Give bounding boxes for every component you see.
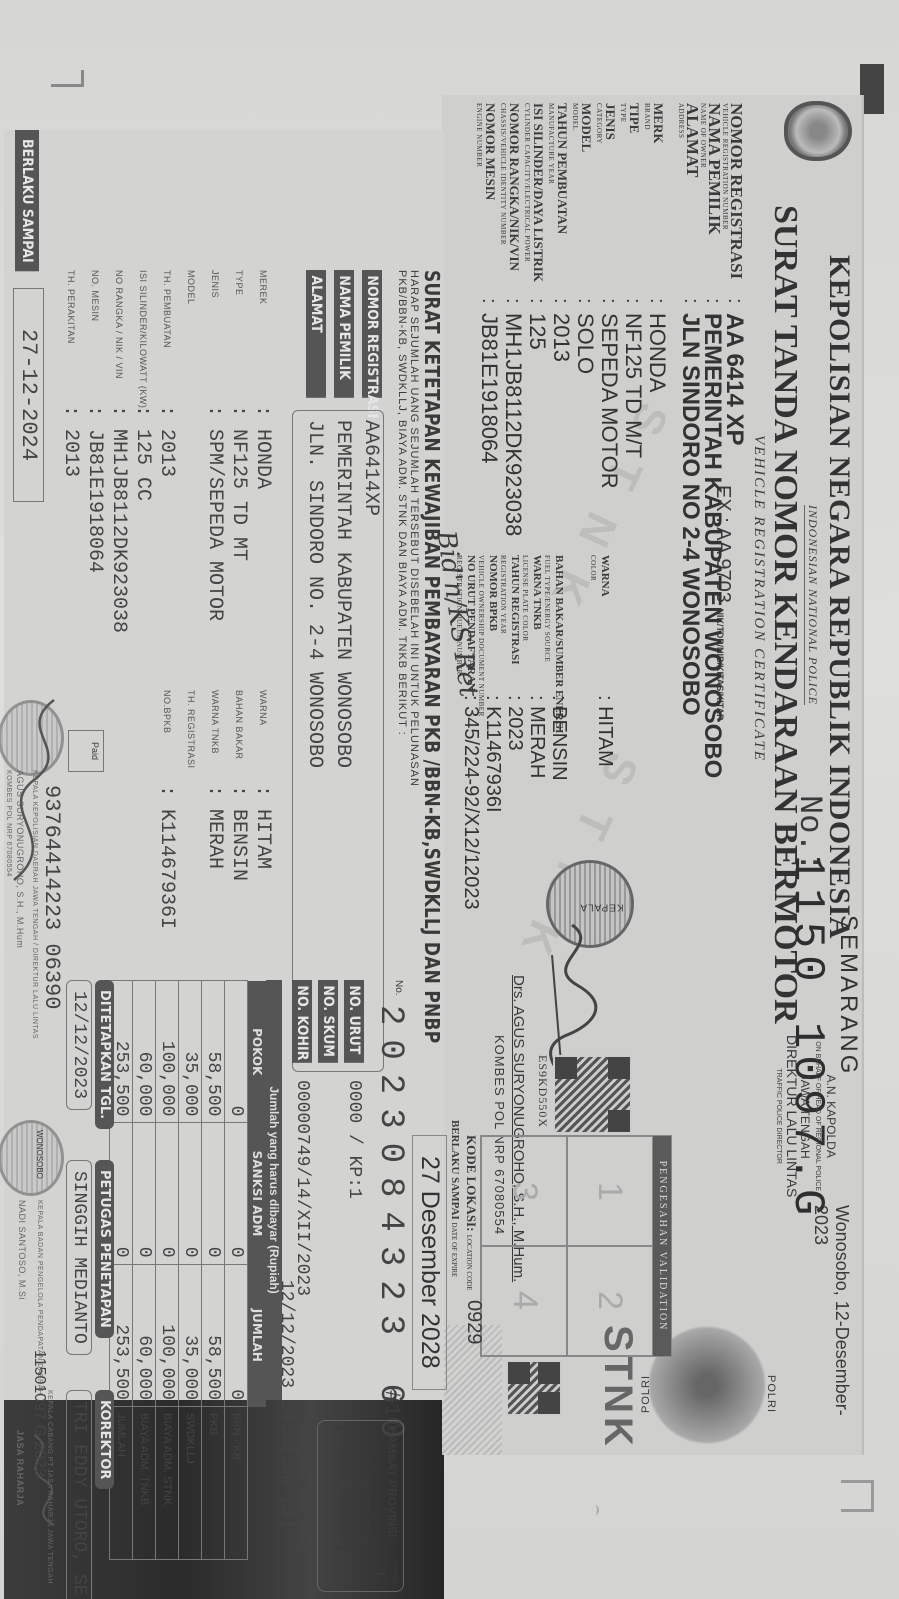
field-value: MH1JB8112DK923038: [500, 313, 526, 536]
field-label-en: TYPE: [619, 103, 627, 133]
place-and-date: Wonosobo, 12-Desember-2023: [810, 1205, 852, 1455]
vehicle-value: : 2013: [155, 405, 178, 477]
vehicle-label: ISI SILINDER/KILOWATT (KW): [138, 270, 148, 408]
corrector-label: KOREKTOR: [95, 1390, 114, 1489]
validation-grid: PENGESAHAN VALIDATION 1 2 3 4: [480, 1135, 672, 1357]
valid-until-label-text: BERLAKU SAMPAI: [449, 1120, 461, 1220]
location-code-label-text: KODE LOKASI:: [464, 1135, 479, 1231]
vehicle-value: : 125 CC: [131, 405, 154, 501]
reference-value: 0000 / KP:1: [344, 1080, 364, 1199]
fee-row: 35,000035,000SWDKLLJ: [179, 981, 202, 1560]
fee-item: BBN - KB: [225, 1407, 248, 1560]
field-colon: :: [645, 298, 668, 304]
field-label: WARNA TNKBLICENSE PLATE COLOR: [521, 555, 544, 642]
subtitle-line: PKB/BBN-KB, SWDKLLJ, BIAYA ADM. STNK DAN…: [396, 270, 408, 787]
owner-label: NAMA PEMILIK: [334, 270, 354, 398]
sheet-number: 1: [366, 1568, 389, 1579]
scanned-document-page: S T N K S T N K KEPOLISIAN NEGARA REPUBL…: [0, 0, 899, 1599]
field-value: : 345/224-92/X12/12023: [459, 695, 482, 910]
determined-date-label: DITETAPKAN TGL.: [95, 980, 114, 1129]
field-value: : BENSIN: [547, 695, 570, 781]
column-header-jumlah: JUMLAH: [248, 1264, 267, 1406]
vehicle-value: : BENSIN: [227, 785, 250, 881]
field-label: MODELMODEL: [571, 103, 594, 152]
document-number: 2023084323 60: [371, 1005, 409, 1452]
owner-box: [292, 410, 384, 1072]
fees-header: Jumlah yang harus dibayar (Rupiah): [266, 980, 282, 1400]
samsat-label: SAMSAT PROVINSI: [385, 1427, 399, 1537]
field-colon: :: [573, 298, 596, 304]
stamp-text: WONOSOBO: [35, 1130, 44, 1179]
qr-code-small-icon: [506, 1360, 562, 1416]
vehicle-value: : 2013: [59, 405, 82, 477]
location-code: 0929: [462, 1300, 485, 1345]
fee-jumlah: 0: [225, 1264, 248, 1406]
sheet-label: Lembar: [392, 1563, 399, 1587]
field-label-en: CYLINDER CAPACITY/ELECTRICAL POWER: [523, 103, 531, 282]
field-label-en: ADDRESS: [677, 103, 685, 177]
fee-sanksi: 0: [225, 1123, 248, 1264]
vehicle-label: NO. MESIN: [90, 270, 100, 322]
field-label: JENISCATEGORY: [595, 103, 618, 144]
vehicle-value: : K11467936I: [155, 785, 178, 929]
paid-label: Paid: [87, 731, 103, 771]
bracket-mark: [841, 1480, 874, 1512]
vehicle-value: : HITAM: [251, 785, 274, 869]
field-colon: :: [621, 298, 644, 304]
reference-label: NO. URUT: [344, 980, 364, 1063]
field-colon: :: [597, 298, 620, 304]
field-colon: :: [723, 298, 746, 304]
samsat-box: SAMSAT PROVINSI JAWA TENGAH Lembar 1 (Tr…: [317, 1420, 404, 1592]
stnk-valid-until-label: BERLAKU SAMPAI DATE OF EXPIRE: [449, 1120, 461, 1277]
corrector-name: TRI EDDY UTORO, SE: [66, 1390, 92, 1599]
agency-name-en: INDONESIAN NATIONAL POLICE: [804, 505, 820, 705]
issuing-city: SEMARANG: [834, 915, 862, 1076]
paper-mark: [591, 1505, 599, 1515]
subtitle-line: HARAP SEJUMLAH UANG SEJUMLAH TERSEBUT DI…: [408, 270, 420, 787]
vehicle-value: : SPM/SEPEDA MOTOR: [203, 405, 226, 621]
qr-code-icon: [553, 1055, 632, 1134]
fees-table: POKOK SANKSI ADM JUMLAH 000BBN - KB58,50…: [109, 980, 266, 1560]
fee-pokok: 0: [225, 981, 248, 1123]
field-label: NOMOR MESINENGINE NUMBER: [475, 103, 498, 200]
field-label-en: MODEL: [571, 103, 579, 152]
vehicle-label: WARNA: [258, 690, 268, 726]
serial-number: 11501097 G 2023: [30, 1350, 48, 1477]
vehicle-value: : JB81E1918064: [83, 405, 106, 573]
owner-label: ALAMAT: [306, 270, 326, 398]
fee-sanksi: 0: [156, 1123, 179, 1264]
certificate-title-en: VEHICLE REGISTRATION CERTIFICATE: [750, 435, 767, 762]
vehicle-label: WARNA TNKB: [210, 690, 220, 754]
field-value: SOLO: [572, 313, 598, 374]
vehicle-label: TH. PERAKITAN: [66, 270, 76, 344]
field-value: : HITAM: [593, 695, 616, 767]
location-code-label: KODE LOKASI: LOCATION CODE: [463, 1135, 479, 1291]
field-colon: :: [701, 298, 724, 304]
field-label: NOMOR REGISTRASIVEHICLE REGISTRATION NUM…: [721, 103, 744, 279]
fee-item: SWDKLLJ: [179, 1407, 202, 1560]
skpd-tax-assessment: Bid'n/KS Ret SURAT KETETAPAN KEWAJIBAN P…: [4, 130, 444, 1400]
field-value: : MERAH: [525, 695, 548, 778]
qr-code-text: ES9KD550X: [535, 1055, 550, 1128]
vehicle-value: : MERAH: [203, 785, 226, 869]
polri-text: POLRI: [765, 1375, 777, 1413]
authority-line: A.N. KAPOLDA: [824, 1035, 837, 1197]
fee-row: 60,000060,000BIAYA ADM. TNKB: [133, 981, 156, 1560]
official-stamp-icon: [0, 1120, 64, 1196]
valid-until-label: BERLAKU SAMPAI: [15, 130, 39, 272]
trans-note: (Trans. SAMSAT): [335, 1425, 351, 1551]
fee-row: 100,0000100,000BIAYA ADM. STNK: [156, 981, 179, 1560]
field-value: NF125 TD M/T: [620, 313, 646, 458]
vehicle-label: NO.BPKB: [162, 690, 172, 734]
reference-label: NO. SKUM: [318, 980, 338, 1063]
stnk-valid-until: 27 Desember 2028: [412, 1135, 447, 1390]
owner-label: NOMOR REGISTRASI: [362, 270, 382, 398]
valid-until-label-en: DATE OF EXPIRE: [450, 1222, 458, 1277]
stnk-certificate: S T N K S T N K KEPOLISIAN NEGARA REPUBL…: [442, 95, 864, 1455]
location-code-label-en: LOCATION CODE: [465, 1235, 473, 1291]
field-value: : K11467936I: [481, 695, 504, 813]
field-label: ISI SILINDER/DAYA LISTRIKCYLINDER CAPACI…: [523, 103, 546, 282]
valid-until-date: 27-12-2024: [13, 288, 44, 502]
skpd-title: SURAT KETETAPAN KEWAJIBAN PEMBAYARAN PKB…: [420, 270, 444, 1043]
field-label: MERKBRAND: [643, 103, 666, 143]
column-header-sanksi: SANKSI ADM: [248, 1123, 267, 1264]
reference-value: 00000749/14/XII/2023: [292, 1080, 312, 1296]
field-value: HONDA: [644, 313, 670, 392]
field-label: WARNACOLOR: [589, 555, 612, 597]
fee-pokok: 58,500: [202, 981, 225, 1123]
authority-line: DIREKTUR LALU LINTAS: [785, 1035, 798, 1197]
fee-pokok: 35,000: [179, 981, 202, 1123]
fee-jumlah: 60,000: [133, 1264, 156, 1406]
skpd-subtitle: HARAP SEJUMLAH UANG SEJUMLAH TERSEBUT DI…: [396, 270, 420, 787]
fee-sanksi: 0: [179, 1123, 202, 1264]
field-colon: :: [549, 298, 572, 304]
vehicle-label: TH. PEMBUATAN: [162, 270, 172, 348]
fee-item: BIAYA ADM. TNKB: [133, 1407, 156, 1560]
signature-icon: [4, 690, 74, 890]
stamp-text: KEPALA: [579, 902, 623, 913]
vehicle-label: MEREK: [258, 270, 268, 305]
document-number-label: No.: [393, 980, 404, 996]
fee-jumlah: 35,000: [179, 1264, 202, 1406]
assessor-name: SINGGIH MEDIANTO: [66, 1160, 92, 1355]
field-value: 2013: [548, 313, 574, 362]
validation-cell: 4: [481, 1245, 568, 1356]
field-label: NAMA PEMILIKNAME OF OWNER: [699, 103, 722, 235]
fee-row: 000BBN - KB: [225, 981, 248, 1560]
authority-line: ON BEHALF OF HEAD OF REGIONAL POLICE: [811, 1035, 824, 1197]
vehicle-value: : NF125 TD MT: [227, 405, 250, 561]
vehicle-label: BAHAN BAKAR: [234, 690, 244, 760]
vehicle-label: JENIS: [210, 270, 220, 298]
vehicle-value: : HONDA: [251, 405, 274, 489]
field-label-en: CATEGORY: [595, 103, 603, 144]
validation-cell: 3: [481, 1136, 568, 1247]
field-label: ALAMATADDRESS: [677, 103, 700, 177]
validation-header: PENGESAHAN VALIDATION: [653, 1136, 671, 1356]
field-label-en: LICENSE PLATE COLOR: [521, 555, 529, 642]
fee-item: BIAYA ADM. STNK: [156, 1407, 179, 1560]
field-value: SEPEDA MOTOR: [596, 313, 622, 489]
column-header-item: [248, 1407, 267, 1560]
validation-cell: 1: [566, 1136, 653, 1247]
fee-item: PKB: [202, 1407, 225, 1560]
vehicle-label: TYPE: [234, 270, 244, 296]
vehicle-value: : MH1JB8112DK923038: [107, 405, 130, 633]
skpd-valid-until: BERLAKU SAMPAI 27-12-2024: [13, 130, 44, 502]
field-value: JLN SINDORO NO 2-4 WONOSOBO: [676, 313, 704, 716]
polri-text: POLRI: [640, 1375, 652, 1413]
field-label-en: MANUFACTURE YEAR: [547, 103, 555, 234]
ganti-nopol: Ganti NOPOL.: [296, 1422, 316, 1552]
determined-date: 12/12/2023: [66, 980, 92, 1110]
field-colon: :: [477, 298, 500, 304]
vehicle-label: MODEL: [186, 270, 196, 305]
bracket-mark: [51, 70, 84, 87]
fee-sanksi: 0: [133, 1123, 156, 1264]
fee-pokok: 100,000: [156, 981, 179, 1123]
vehicle-label: TH. REGISTRASI: [186, 690, 196, 769]
fee-row: 58,500058,500PKB: [202, 981, 225, 1560]
field-colon: :: [525, 298, 548, 304]
field-label-en: CHASSIS/VEHICLE IDENTITY NUMBER: [499, 103, 507, 271]
fee-jumlah: 58,500: [202, 1264, 225, 1406]
samsat-region: JAWA TENGAH: [357, 1451, 373, 1550]
field-colon: :: [501, 298, 524, 304]
field-value: 125: [524, 313, 550, 350]
field-value: JB81E1918064: [476, 313, 502, 463]
field-label-en: BRAND: [643, 103, 651, 143]
police-crest-icon: [784, 101, 852, 161]
field-label: TIPETYPE: [619, 103, 642, 133]
reference-label: NO. KOHIR: [292, 980, 312, 1063]
column-header-pokok: POKOK: [248, 981, 267, 1123]
field-label-en: REGISTRATION YEAR: [499, 555, 507, 665]
field-colon: :: [679, 298, 702, 304]
field-value: : 2023: [503, 695, 526, 751]
field-label: NOMOR RANGKA/NIK/VINCHASSIS/VEHICLE IDEN…: [499, 103, 522, 271]
vehicle-label: NO RANGKA / NIK / VIN: [114, 270, 124, 379]
fee-sanksi: 0: [202, 1123, 225, 1264]
fee-pokok: 60,000: [133, 981, 156, 1123]
fee-jumlah: 100,000: [156, 1264, 179, 1406]
field-label-en: ENGINE NUMBER: [475, 103, 483, 200]
field-label: TAHUN REGISTRASIREGISTRATION YEAR: [499, 555, 522, 665]
assessor-label: PETUGAS PENETAPAN: [95, 1160, 114, 1338]
authority-block: A.N. KAPOLDA ON BEHALF OF HEAD OF REGION…: [772, 1035, 837, 1197]
signatory-2-name: NADI SANTOSO, M.Si: [17, 1200, 26, 1300]
field-label: TAHUN PEMBUATANMANUFACTURE YEAR: [547, 103, 570, 234]
validation-cell: 2: [566, 1245, 653, 1356]
field-label-en: COLOR: [589, 555, 597, 597]
